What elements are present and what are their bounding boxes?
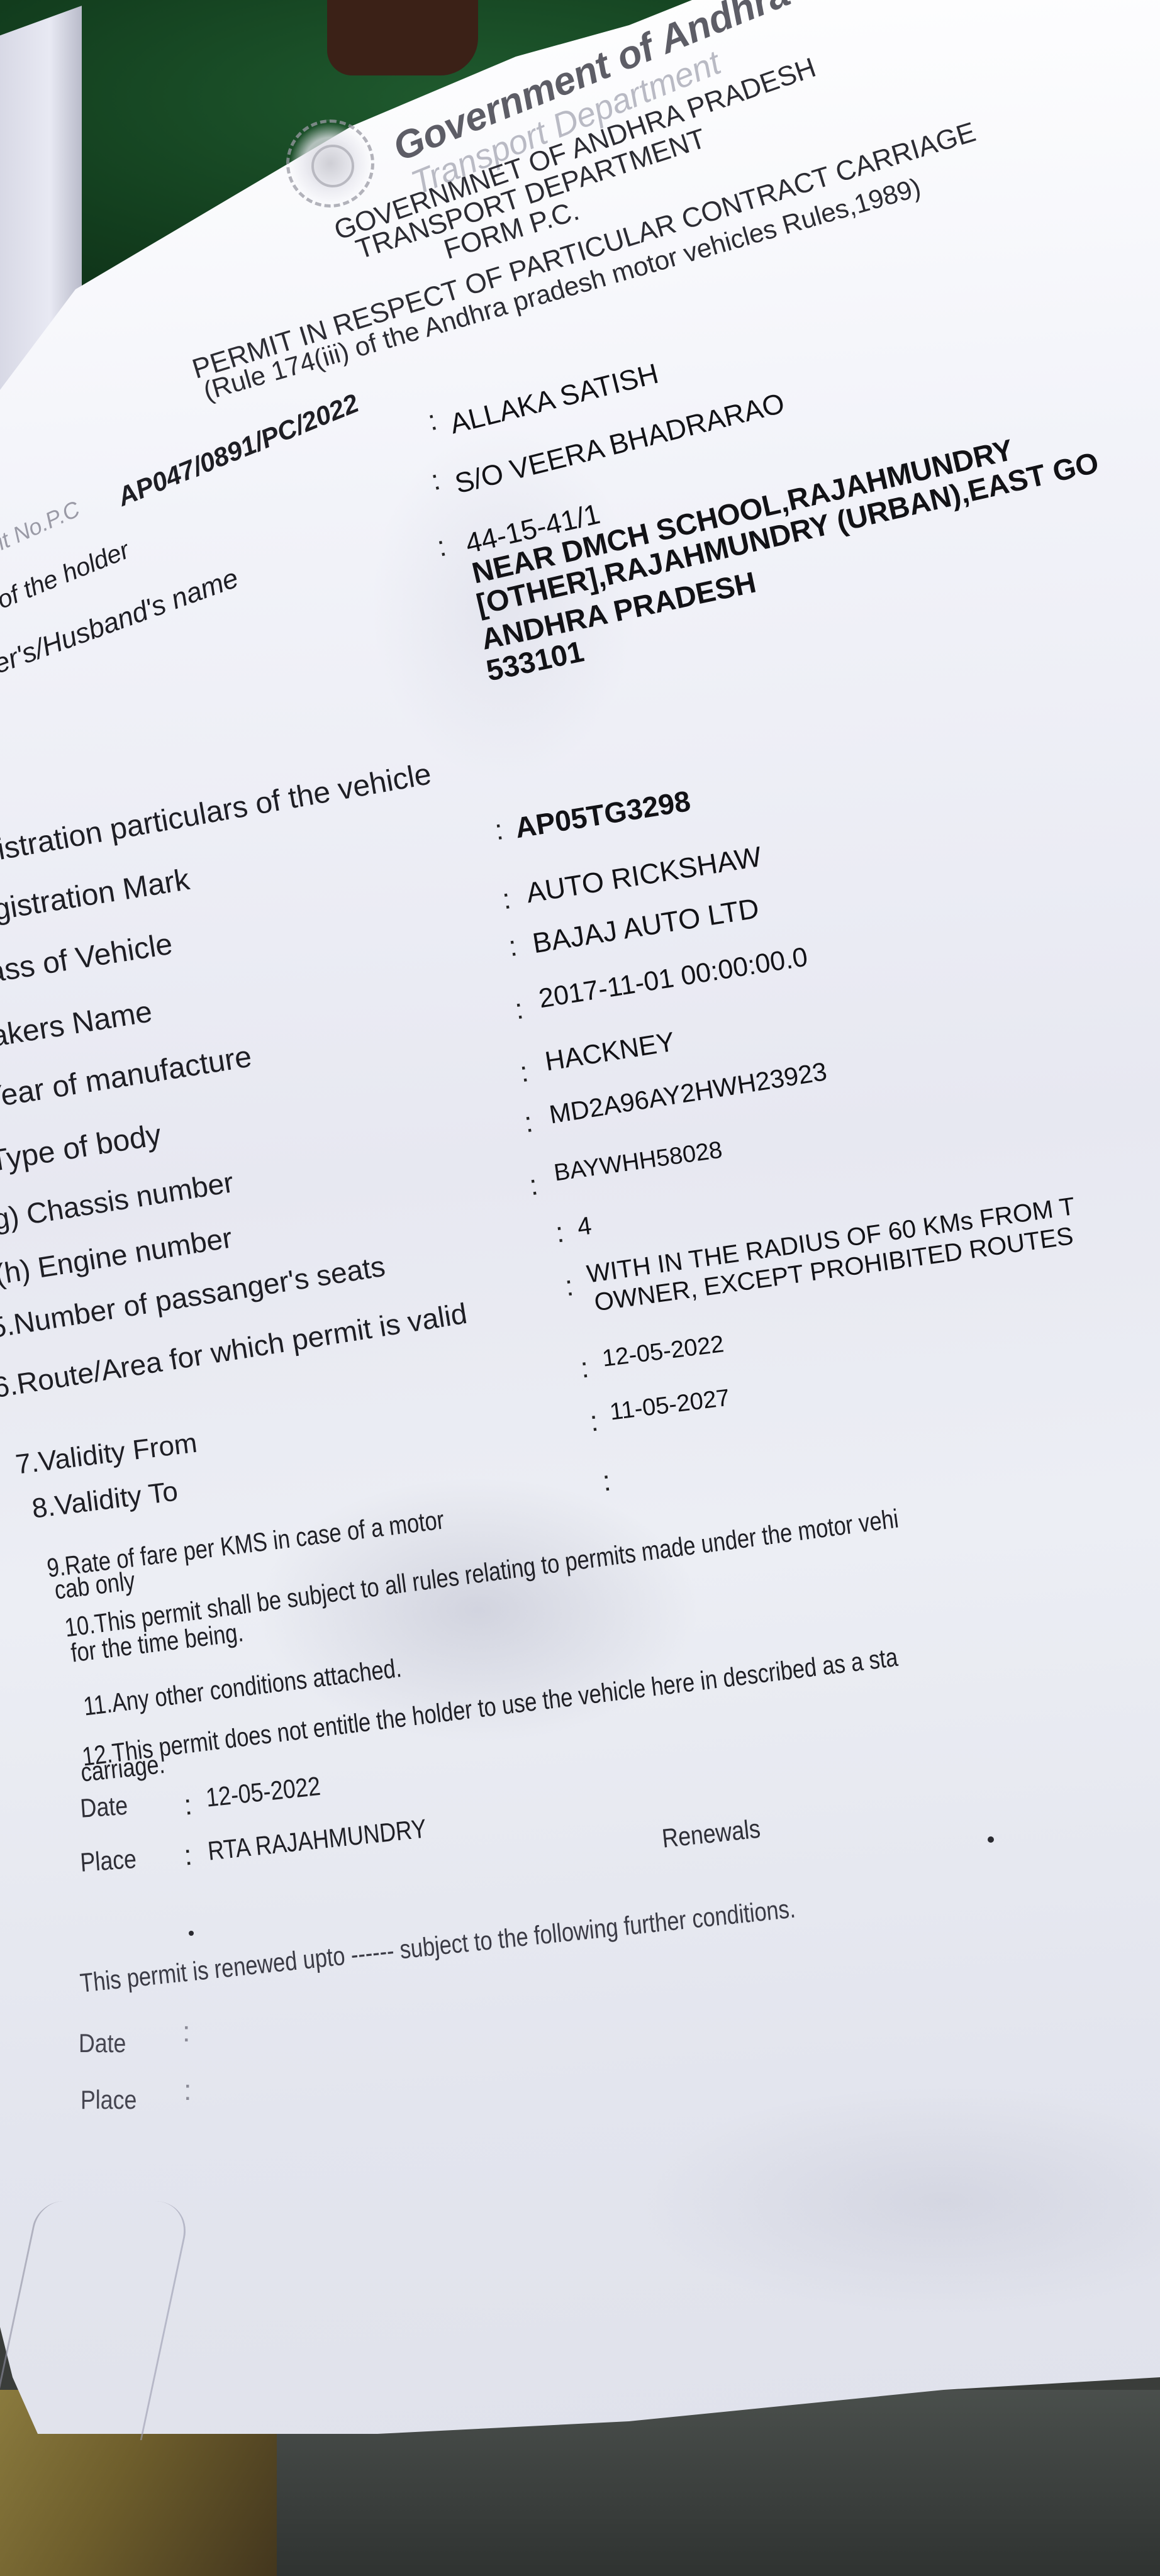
ink-dot [988,1836,994,1843]
renewal-date-label: Date [79,2028,126,2058]
issue-date-label: Date [79,1790,129,1824]
background-object [327,0,478,75]
renewal-place-label: Place [81,2085,137,2115]
ink-dot [189,1931,194,1936]
issue-place-label: Place [79,1844,137,1878]
government-emblem-icon [286,119,374,208]
